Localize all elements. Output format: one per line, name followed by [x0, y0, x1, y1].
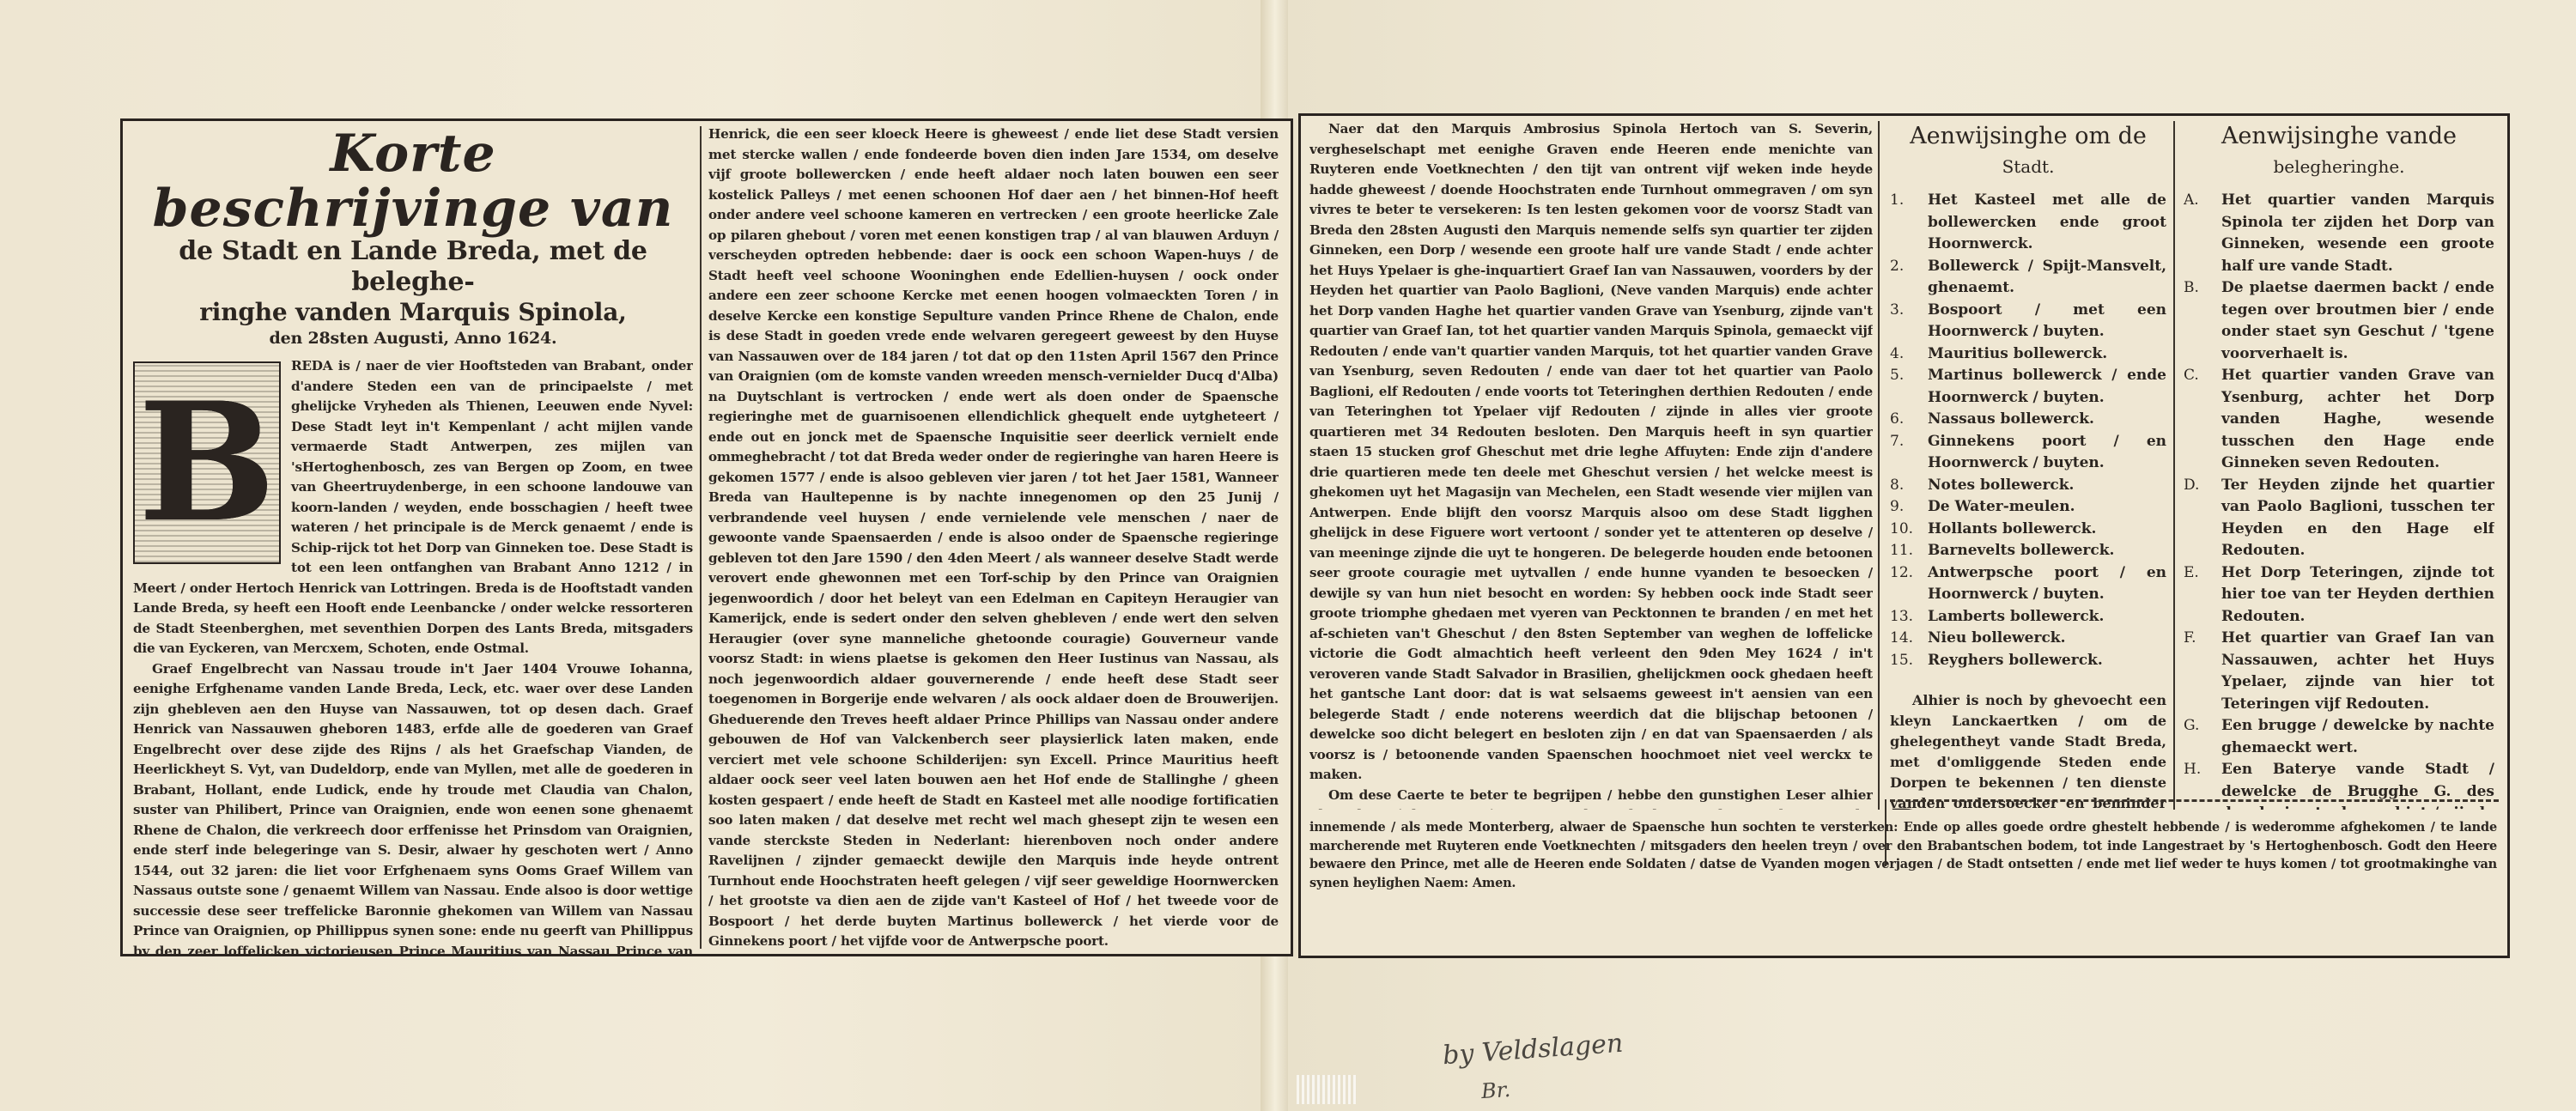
legend-item: H.Een Baterye vande Stadt / dewelcke de …: [2184, 759, 2494, 810]
legend-text: Bospoort / met een Hoornwerck / buyten.: [1928, 300, 2166, 343]
legend-letter: G.: [2184, 715, 2221, 759]
legend-item: 10.Hollants bollewerck.: [1890, 519, 2166, 541]
legend-num: 15.: [1890, 650, 1928, 672]
closing-text: innemende / als mede Monterberg, alwaer …: [1309, 818, 2497, 947]
legend-item: 1.Het Kasteel met alle de bollewercken e…: [1890, 190, 2166, 256]
legend-item: 8.Notes bollewerck.: [1890, 475, 2166, 497]
legend-num: 4.: [1890, 343, 1928, 366]
document-subtitle: de Stadt en Lande Breda, met de beleghe-: [133, 236, 693, 298]
legend-letter: C.: [2184, 365, 2221, 475]
legend-item: E.Het Dorp Teteringen, zijnde tot hier t…: [2184, 562, 2494, 628]
right-text-frame: Naer dat den Marquis Ambrosius Spinola H…: [1298, 113, 2510, 958]
legend-text: Lamberts bollewerck.: [1928, 606, 2166, 628]
column-1: Korte beschrijvinge van de Stadt en Land…: [133, 121, 693, 954]
legend-text: Ter Heyden zijnde het quartier van Paolo…: [2221, 475, 2494, 562]
paragraph-siege: Naer dat den Marquis Ambrosius Spinola H…: [1309, 119, 1873, 786]
legend-text: Barnevelts bollewerck.: [1928, 540, 2166, 562]
news-block: D En Marquis noch ligghende ontrent Turn…: [1890, 808, 2496, 810]
legend-text: Nassaus bollewerck.: [1928, 409, 2166, 431]
legend-siege-title: Aenwijsinghe vande: [2184, 121, 2494, 152]
legend-item: G.Een brugge / dewelcke by nachte ghemae…: [2184, 715, 2494, 759]
legend-text: Mauritius bollewerck.: [1928, 343, 2166, 366]
legend-text: Hollants bollewerck.: [1928, 519, 2166, 541]
legend-divider: [2173, 121, 2175, 810]
legend-text: Een brugge / dewelcke by nachte ghemaeck…: [2221, 715, 2494, 759]
legend-city: Aenwijsinghe om de Stadt. 1.Het Kasteel …: [1890, 116, 2166, 810]
document-title: Korte beschrijvinge van: [133, 126, 693, 236]
legend-num: 11.: [1890, 540, 1928, 562]
legend-siege-subtitle: belegheringhe.: [2184, 152, 2494, 181]
map-note: Alhier is noch by ghevoecht een kleyn La…: [1890, 690, 2166, 810]
column-divider: [1878, 121, 1880, 810]
left-text-frame: Korte beschrijvinge van de Stadt en Land…: [120, 118, 1293, 956]
paragraph-history: Graef Engelbrecht van Nassau troude in't…: [133, 659, 693, 955]
initial-letter: B: [135, 363, 279, 562]
legend-num: 1.: [1890, 190, 1928, 256]
legend-letter: A.: [2184, 190, 2221, 277]
column-2: Henrick, die een seer kloeck Heere is gh…: [708, 124, 1279, 954]
legend-item: 13.Lamberts bollewerck.: [1890, 606, 2166, 628]
paragraph-map-intro: Om dese Caerte te beter te begrijpen / h…: [1309, 786, 1873, 810]
legend-city-subtitle: Stadt.: [1890, 152, 2166, 181]
document-subtitle-2: ringhe vanden Marquis Spinola,: [133, 298, 693, 327]
legend-item: 14.Nieu bollewerck.: [1890, 628, 2166, 650]
legend-text: Nieu bollewerck.: [1928, 628, 2166, 650]
legend-text: Het quartier vanden Grave van Ysenburg, …: [2221, 365, 2494, 475]
legend-item: D.Ter Heyden zijnde het quartier van Pao…: [2184, 475, 2494, 562]
legend-item: 15.Reyghers bollewerck.: [1890, 650, 2166, 672]
legend-text: Een Baterye vande Stadt / dewelcke de Br…: [2221, 759, 2494, 810]
legend-letter: F.: [2184, 628, 2221, 715]
legend-text: De plaetse daermen backt / ende tegen ov…: [2221, 277, 2494, 365]
legend-num: 14.: [1890, 628, 1928, 650]
legend-city-title: Aenwijsinghe om de: [1890, 121, 2166, 152]
legend-text: Het Dorp Teteringen, zijnde tot hier toe…: [2221, 562, 2494, 628]
legend-text: Het Kasteel met alle de bollewercken end…: [1928, 190, 2166, 256]
legend-num: 5.: [1890, 365, 1928, 409]
legend-num: 8.: [1890, 475, 1928, 497]
legend-item: 4.Mauritius bollewerck.: [1890, 343, 2166, 366]
dashed-divider: [1890, 799, 2499, 802]
legend-city-list: 1.Het Kasteel met alle de bollewercken e…: [1890, 190, 2166, 671]
column-3: Naer dat den Marquis Ambrosius Spinola H…: [1309, 119, 1873, 810]
column-divider: [700, 126, 702, 949]
legend-item: 6.Nassaus bollewerck.: [1890, 409, 2166, 431]
legend-letter: E.: [2184, 562, 2221, 628]
legend-num: 2.: [1890, 256, 1928, 300]
legend-item: A.Het quartier vanden Marquis Spinola te…: [2184, 190, 2494, 277]
legend-num: 9.: [1890, 496, 1928, 519]
news-paragraph: En Marquis noch ligghende ontrent Turnho…: [1890, 808, 2496, 810]
legend-text: Ginnekens poort / en Hoornwerck / buyten…: [1928, 431, 2166, 475]
legend-item: F.Het quartier van Graef Ian van Nassauw…: [2184, 628, 2494, 715]
legend-item: B.De plaetse daermen backt / ende tegen …: [2184, 277, 2494, 365]
legend-letter: H.: [2184, 759, 2221, 810]
legend-item: 2.Bollewerck / Spijt-Mansvelt, ghenaemt.: [1890, 256, 2166, 300]
legend-text: Het quartier vanden Marquis Spinola ter …: [2221, 190, 2494, 277]
ornamental-initial-b: B: [133, 361, 281, 564]
legend-item: 3.Bospoort / met een Hoornwerck / buyten…: [1890, 300, 2166, 343]
library-stamp: [1297, 1075, 1357, 1104]
legend-item: 5.Martinus bollewerck / ende Hoornwerck …: [1890, 365, 2166, 409]
legend-text: Het quartier van Graef Ian van Nassauwen…: [2221, 628, 2494, 715]
legend-siege-list: A.Het quartier vanden Marquis Spinola te…: [2184, 190, 2494, 810]
legend-num: 7.: [1890, 431, 1928, 475]
initial-letter-d: D: [1890, 808, 1926, 810]
legend-letter: B.: [2184, 277, 2221, 365]
legend-num: 10.: [1890, 519, 1928, 541]
legend-letter: D.: [2184, 475, 2221, 562]
legend-item: 12.Antwerpsche poort / en Hoornwerck / b…: [1890, 562, 2166, 606]
legend-num: 3.: [1890, 300, 1928, 343]
legend-siege: Aenwijsinghe vande belegheringhe. A.Het …: [2184, 116, 2494, 810]
title-block: Korte beschrijvinge van de Stadt en Land…: [133, 126, 693, 349]
handwritten-annotation-2: Br.: [1480, 1078, 1511, 1103]
legend-num: 6.: [1890, 409, 1928, 431]
legend-text: Martinus bollewerck / ende Hoornwerck / …: [1928, 365, 2166, 409]
legend-num: 12.: [1890, 562, 1928, 606]
legend-text: Bollewerck / Spijt-Mansvelt, ghenaemt.: [1928, 256, 2166, 300]
legend-text: Notes bollewerck.: [1928, 475, 2166, 497]
legend-text: Antwerpsche poort / en Hoornwerck / buyt…: [1928, 562, 2166, 606]
legend-item: 11.Barnevelts bollewerck.: [1890, 540, 2166, 562]
legend-item: C.Het quartier vanden Grave van Ysenburg…: [2184, 365, 2494, 475]
document-date: den 28sten Augusti, Anno 1624.: [133, 327, 693, 349]
legend-num: 13.: [1890, 606, 1928, 628]
legend-item: 9.De Water-meulen.: [1890, 496, 2166, 519]
legend-text: Reyghers bollewerck.: [1928, 650, 2166, 672]
legend-text: De Water-meulen.: [1928, 496, 2166, 519]
paragraph-fortification: Henrick, die een seer kloeck Heere is gh…: [708, 124, 1279, 952]
legend-item: 7.Ginnekens poort / en Hoornwerck / buyt…: [1890, 431, 2166, 475]
